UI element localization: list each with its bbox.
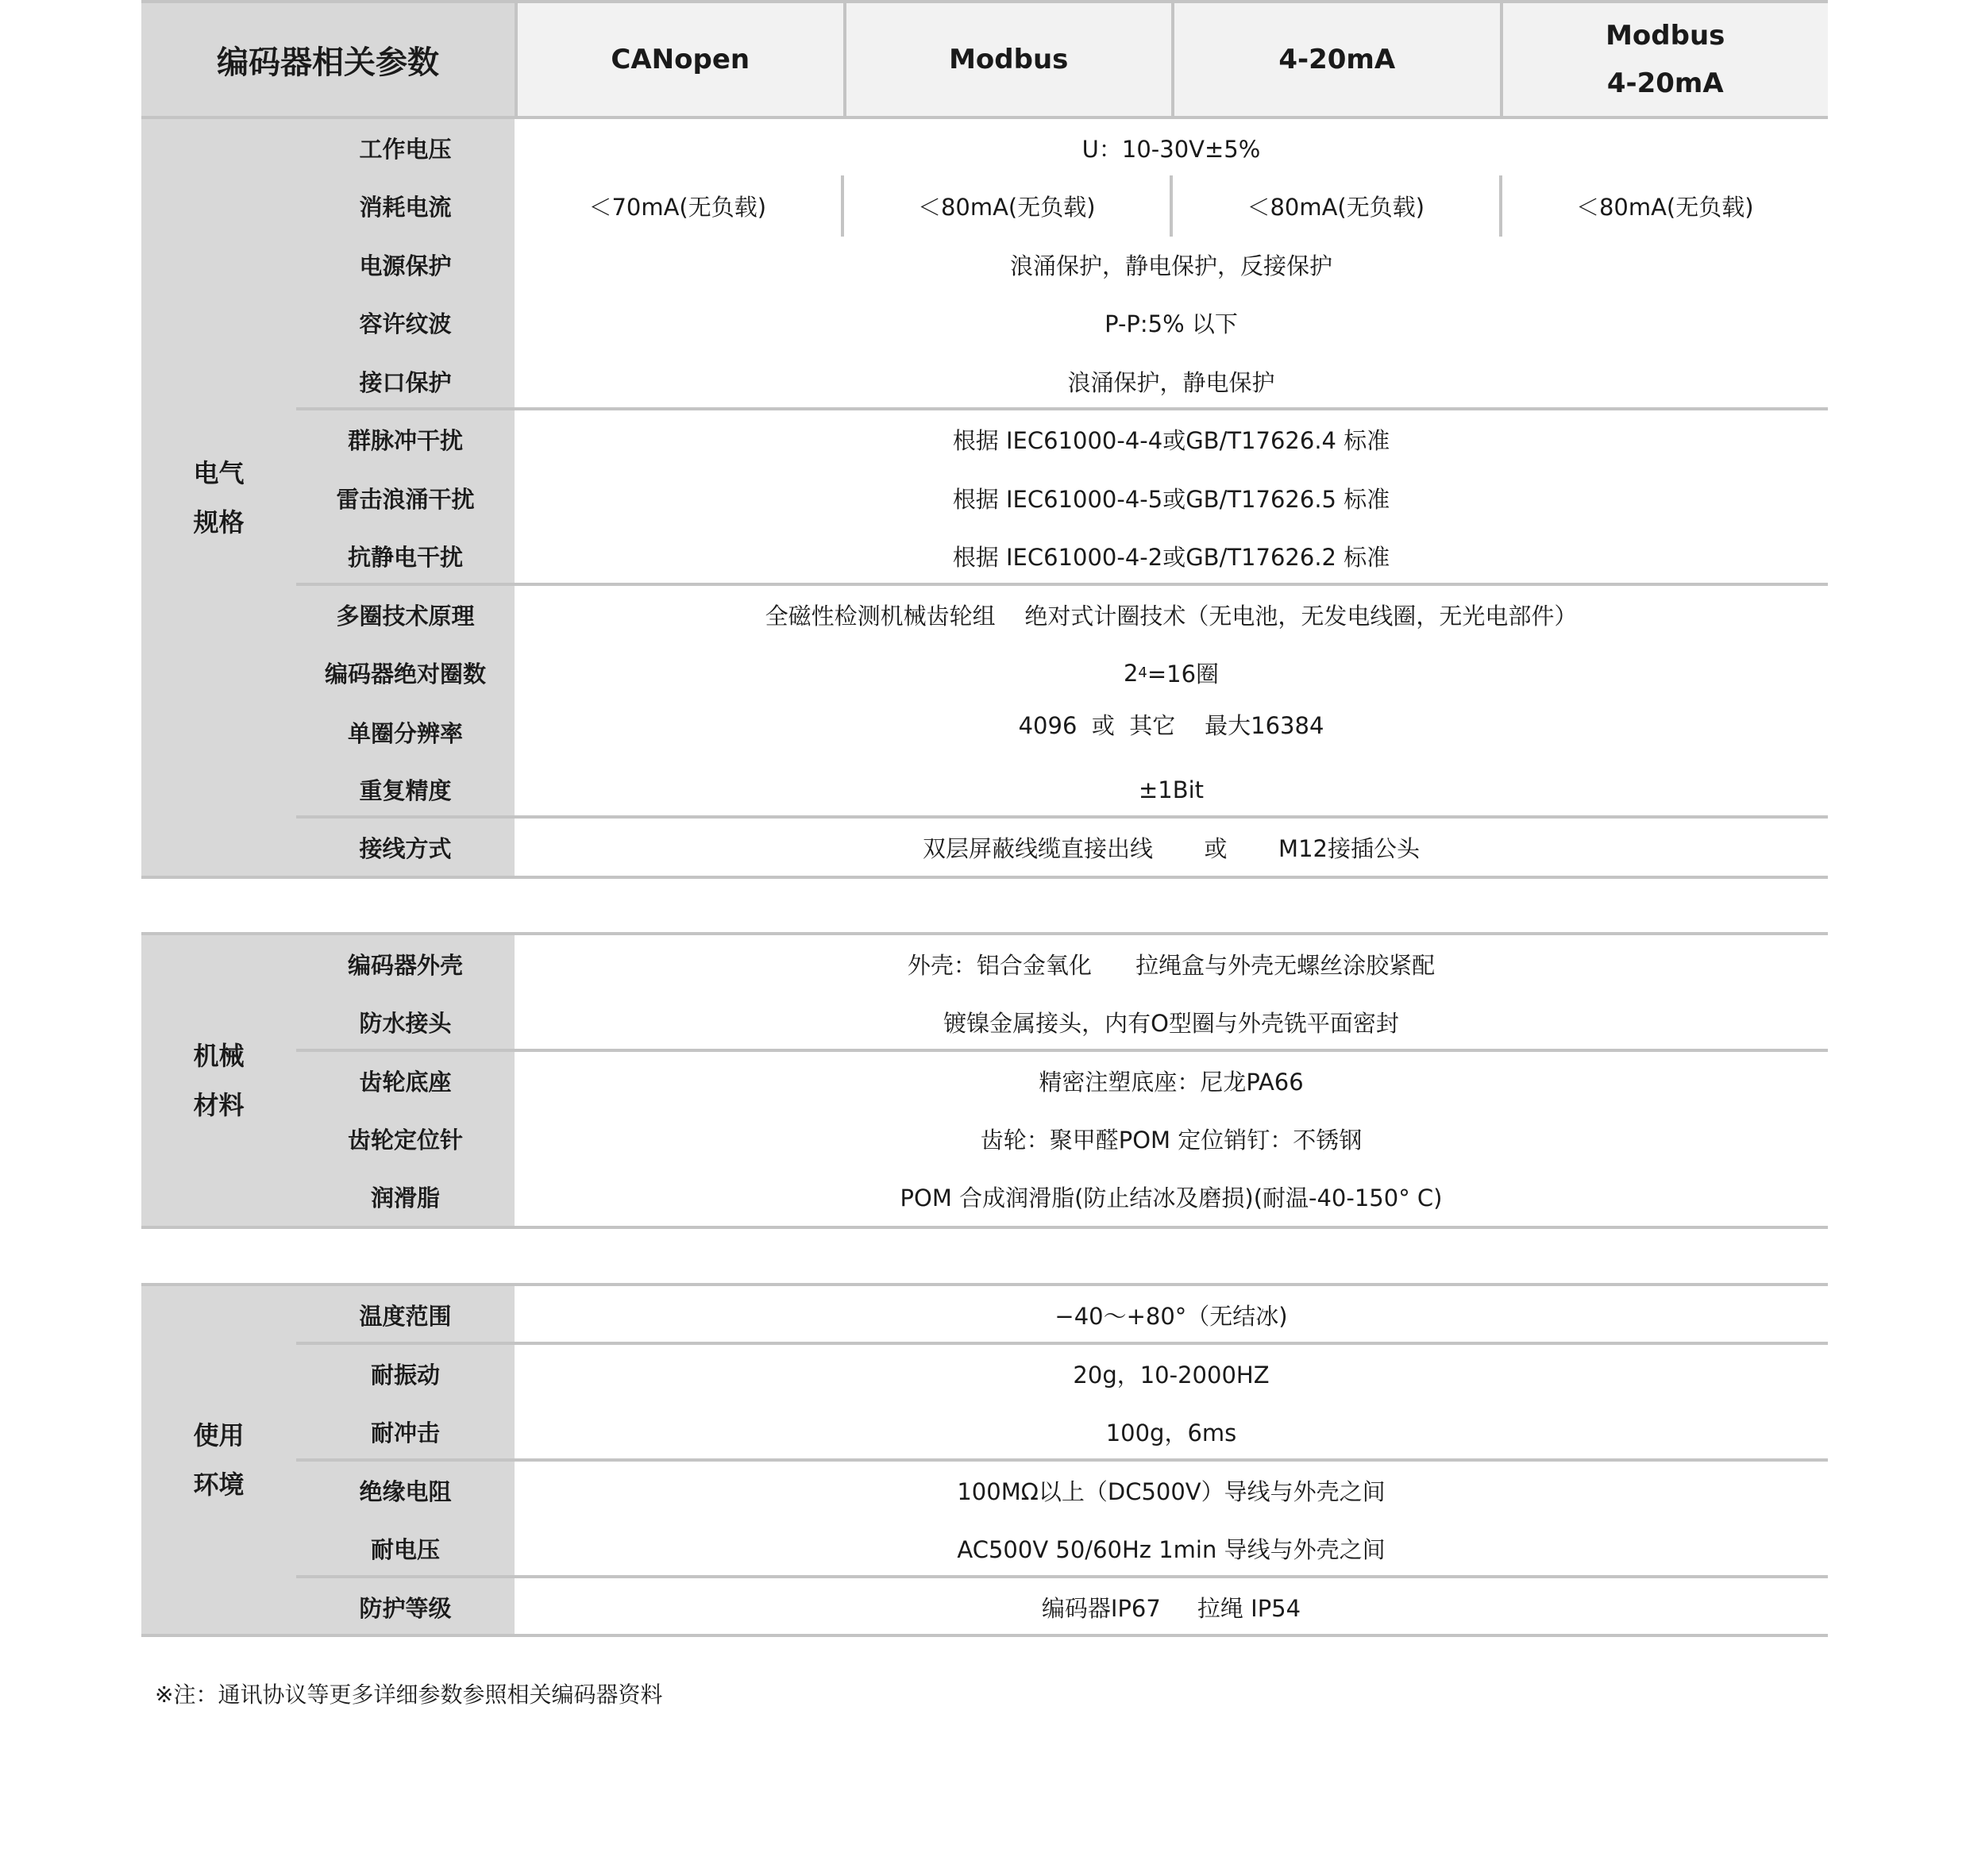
row-label: 多圈技术原理 bbox=[296, 586, 515, 645]
header-title: 编码器相关参数 bbox=[141, 3, 515, 116]
row-values-split: ＜70mA(无负载) ＜80mA(无负载) ＜80mA(无负载) ＜80mA(无… bbox=[515, 177, 1828, 236]
table-row: 容许纹波P-P:5% 以下 bbox=[296, 294, 1828, 352]
value-exponent: 4 bbox=[1138, 664, 1147, 681]
row-label: 容许纹波 bbox=[296, 294, 515, 352]
row-value: POM 合成润滑脂(防止结冰及磨损)(耐温-40-150° C) bbox=[515, 1168, 1828, 1227]
row-label: 耐振动 bbox=[296, 1345, 515, 1404]
row-value: 100g，6ms bbox=[515, 1403, 1828, 1462]
column-label: 4-20mA bbox=[1278, 36, 1395, 83]
value-rest: =16圈 bbox=[1147, 657, 1219, 689]
table-row: 抗静电干扰根据 IEC61000-4-2或GB/T17626.2 标准 bbox=[296, 527, 1828, 586]
row-label: 雷击浪涌干扰 bbox=[296, 469, 515, 528]
column-label-line1: Modbus bbox=[1606, 12, 1725, 60]
row-label: 工作电压 bbox=[296, 119, 515, 178]
category-line: 机械 bbox=[193, 1031, 244, 1081]
row-value: 20g，10-2000HZ bbox=[515, 1345, 1828, 1404]
row-label: 单圈分辨率 bbox=[296, 695, 515, 754]
section-electrical: 电气 规格 工作电压U：10-30V±5% 消耗电流 ＜70mA(无负载) ＜8… bbox=[141, 119, 1828, 879]
row-value: 根据 IEC61000-4-2或GB/T17626.2 标准 bbox=[515, 527, 1828, 586]
table-row: 耐电压AC500V 50/60Hz 1min 导线与外壳之间 bbox=[296, 1520, 1828, 1578]
value-base: 2 bbox=[1124, 660, 1138, 687]
category-line: 材料 bbox=[193, 1081, 244, 1130]
row-value-modbus-4-20ma: ＜80mA(无负载) bbox=[1499, 175, 1829, 237]
category-line: 使用 bbox=[193, 1411, 244, 1460]
row-value: 精密注塑底座：尼龙PA66 bbox=[515, 1052, 1828, 1111]
category-electrical: 电气 规格 bbox=[141, 119, 296, 876]
column-label: Modbus bbox=[949, 36, 1068, 83]
table-row: 接线方式双层屏蔽线缆直接出线 或 M12接插公头 bbox=[296, 819, 1828, 877]
row-label: 齿轮底座 bbox=[296, 1052, 515, 1111]
table-row: 润滑脂POM 合成润滑脂(防止结冰及磨损)(耐温-40-150° C) bbox=[296, 1168, 1828, 1227]
table-row: 温度范围−40～+80°（无结冰) bbox=[296, 1286, 1828, 1345]
row-value: 根据 IEC61000-4-4或GB/T17626.4 标准 bbox=[515, 410, 1828, 469]
table-row: 工作电压U：10-30V±5% bbox=[296, 119, 1828, 178]
table-row: 多圈技术原理全磁性检测机械齿轮组 绝对式计圈技术（无电池，无发电线圈，无光电部件… bbox=[296, 586, 1828, 645]
table-row: 编码器绝对圈数 24=16圈 bbox=[296, 644, 1828, 703]
category-line: 环境 bbox=[193, 1460, 244, 1509]
table-row: 防水接头镀镍金属接头，内有O型圈与外壳铣平面密封 bbox=[296, 993, 1828, 1052]
row-value: U：10-30V±5% bbox=[515, 119, 1828, 178]
row-value: 编码器IP67 拉绳 IP54 bbox=[515, 1578, 1828, 1637]
row-value: ±1Bit bbox=[515, 761, 1828, 819]
row-label: 电源保护 bbox=[296, 236, 515, 295]
table-row: 齿轮定位针齿轮：聚甲醛POM 定位销钉：不锈钢 bbox=[296, 1110, 1828, 1169]
table-row: 齿轮底座精密注塑底座：尼龙PA66 bbox=[296, 1052, 1828, 1111]
row-label: 接口保护 bbox=[296, 352, 515, 411]
row-label: 齿轮定位针 bbox=[296, 1110, 515, 1169]
table-row: 单圈分辨率4096 或 其它 最大16384 bbox=[296, 695, 1828, 754]
column-header-4-20ma: 4-20mA bbox=[1171, 3, 1500, 116]
row-value: 根据 IEC61000-4-5或GB/T17626.5 标准 bbox=[515, 469, 1828, 528]
category-line: 电气 bbox=[193, 449, 244, 498]
row-value: 齿轮：聚甲醛POM 定位销钉：不锈钢 bbox=[515, 1110, 1828, 1169]
table-row: 消耗电流 ＜70mA(无负载) ＜80mA(无负载) ＜80mA(无负载) ＜8… bbox=[296, 177, 1828, 236]
table-row: 接口保护浪涌保护，静电保护 bbox=[296, 352, 1828, 411]
row-value: −40～+80°（无结冰) bbox=[515, 1286, 1828, 1345]
column-label-line2: 4-20mA bbox=[1607, 60, 1724, 107]
column-header-canopen: CANopen bbox=[515, 3, 843, 116]
table-row: 重复精度±1Bit bbox=[296, 761, 1828, 819]
row-value: 镀镍金属接头，内有O型圈与外壳铣平面密封 bbox=[515, 993, 1828, 1052]
column-label: CANopen bbox=[611, 36, 750, 83]
row-value: 全磁性检测机械齿轮组 绝对式计圈技术（无电池，无发电线圈，无光电部件） bbox=[515, 586, 1828, 645]
row-label: 耐冲击 bbox=[296, 1403, 515, 1462]
row-value: AC500V 50/60Hz 1min 导线与外壳之间 bbox=[515, 1520, 1828, 1578]
row-label: 防护等级 bbox=[296, 1578, 515, 1637]
table-row: 耐振动20g，10-2000HZ bbox=[296, 1345, 1828, 1404]
table-header: 编码器相关参数 CANopen Modbus 4-20mA Modbus 4-2… bbox=[141, 0, 1828, 119]
row-value: 外壳：铝合金氧化 拉绳盒与外壳无螺丝涂胶紧配 bbox=[515, 935, 1828, 994]
row-label: 编码器绝对圈数 bbox=[296, 644, 515, 703]
category-environment: 使用 环境 bbox=[141, 1286, 296, 1634]
row-label: 重复精度 bbox=[296, 761, 515, 819]
row-value: 100MΩ以上（DC500V）导线与外壳之间 bbox=[515, 1462, 1828, 1520]
row-value-modbus: ＜80mA(无负载) bbox=[841, 175, 1170, 237]
row-label: 抗静电干扰 bbox=[296, 527, 515, 586]
column-header-modbus: Modbus bbox=[843, 3, 1172, 116]
category-line: 规格 bbox=[193, 498, 244, 547]
row-value: P-P:5% 以下 bbox=[515, 294, 1828, 352]
section-mechanical: 机械 材料 编码器外壳外壳：铝合金氧化 拉绳盒与外壳无螺丝涂胶紧配 防水接头镀镍… bbox=[141, 932, 1828, 1229]
table-row: 耐冲击100g，6ms bbox=[296, 1403, 1828, 1462]
row-label: 群脉冲干扰 bbox=[296, 410, 515, 469]
row-label: 润滑脂 bbox=[296, 1168, 515, 1227]
row-label: 绝缘电阻 bbox=[296, 1462, 515, 1520]
footnote: ※注：通讯协议等更多详细参数参照相关编码器资料 bbox=[155, 1678, 662, 1709]
row-label: 防水接头 bbox=[296, 993, 515, 1052]
row-value-4-20ma: ＜80mA(无负载) bbox=[1170, 175, 1499, 237]
row-value: 4096 或 其它 最大16384 bbox=[515, 695, 1828, 754]
category-mechanical: 机械 材料 bbox=[141, 935, 296, 1226]
table-row: 雷击浪涌干扰根据 IEC61000-4-5或GB/T17626.5 标准 bbox=[296, 469, 1828, 528]
row-value: 双层屏蔽线缆直接出线 或 M12接插公头 bbox=[515, 819, 1828, 877]
row-value-canopen: ＜70mA(无负载) bbox=[515, 175, 841, 237]
row-value: 24=16圈 bbox=[515, 644, 1828, 703]
column-header-modbus-4-20ma: Modbus 4-20mA bbox=[1500, 3, 1829, 116]
row-label: 消耗电流 bbox=[296, 177, 515, 236]
row-label: 温度范围 bbox=[296, 1286, 515, 1345]
table-row: 编码器外壳外壳：铝合金氧化 拉绳盒与外壳无螺丝涂胶紧配 bbox=[296, 935, 1828, 994]
row-label: 编码器外壳 bbox=[296, 935, 515, 994]
section-environment: 使用 环境 温度范围−40～+80°（无结冰) 耐振动20g，10-2000HZ… bbox=[141, 1283, 1828, 1637]
table-row: 防护等级编码器IP67 拉绳 IP54 bbox=[296, 1578, 1828, 1637]
table-row: 电源保护浪涌保护，静电保护，反接保护 bbox=[296, 236, 1828, 295]
row-value: 浪涌保护，静电保护 bbox=[515, 352, 1828, 411]
table-row: 绝缘电阻100MΩ以上（DC500V）导线与外壳之间 bbox=[296, 1462, 1828, 1520]
row-label: 耐电压 bbox=[296, 1520, 515, 1578]
row-value: 浪涌保护，静电保护，反接保护 bbox=[515, 236, 1828, 295]
row-label: 接线方式 bbox=[296, 819, 515, 877]
table-row: 群脉冲干扰根据 IEC61000-4-4或GB/T17626.4 标准 bbox=[296, 410, 1828, 469]
